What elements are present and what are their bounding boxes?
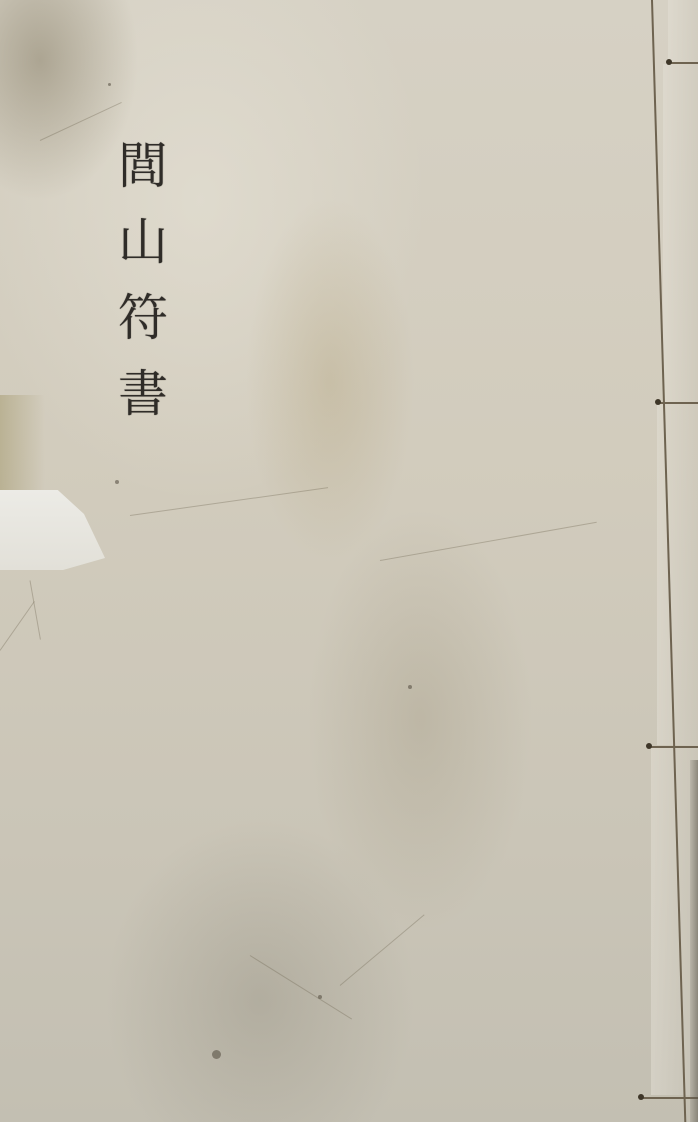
ink-speck <box>408 685 412 689</box>
binding-panel <box>668 0 698 62</box>
stitch-hole <box>638 1094 644 1100</box>
stained-edge <box>0 395 45 505</box>
torn-paper-patch <box>0 490 105 570</box>
book-title: 閭 山 符 書 <box>108 128 178 432</box>
ink-speck <box>115 480 119 484</box>
paper-crease <box>380 522 597 561</box>
ink-speck <box>108 83 111 86</box>
title-char: 符 <box>118 280 168 356</box>
stitch-hole <box>655 399 661 405</box>
thread-binding <box>613 0 698 1122</box>
paper-crease <box>0 601 35 651</box>
paper-crease <box>250 955 352 1019</box>
stitch-hole <box>646 743 652 749</box>
stitch-thread <box>658 402 698 404</box>
title-char: 書 <box>118 356 168 432</box>
stitch-hole <box>666 59 672 65</box>
ink-speck <box>318 995 322 999</box>
paper-crease <box>130 487 328 516</box>
binding-panel <box>657 404 698 745</box>
binding-panel <box>663 64 698 402</box>
stitch-thread <box>649 746 698 748</box>
title-char: 閭 <box>118 128 168 204</box>
book-cover: 閭 山 符 書 <box>0 0 698 1122</box>
paper-crease <box>340 914 425 985</box>
page-edge-shadow <box>690 760 698 1122</box>
ink-speck <box>212 1050 221 1059</box>
title-char: 山 <box>118 204 168 280</box>
paper-crease <box>30 580 41 639</box>
stitch-thread <box>669 62 698 64</box>
